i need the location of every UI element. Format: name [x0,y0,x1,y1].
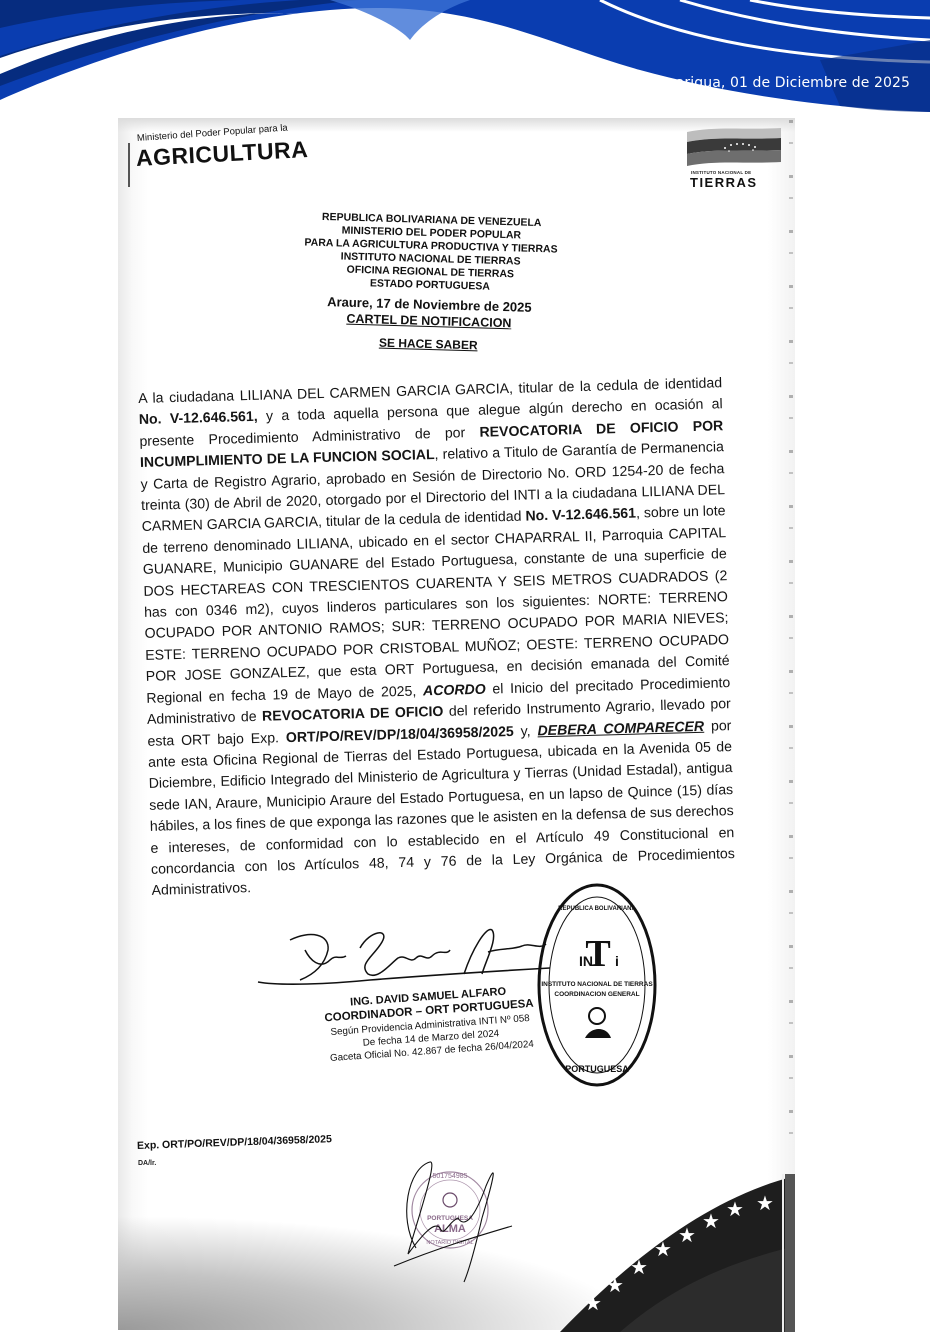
cedula-number: No. V-12.646.561, [139,408,258,427]
cedula-number: No. V-12.646.561 [525,505,636,524]
venezuela-flag-icon [685,126,783,166]
svg-text:★: ★ [756,1191,774,1215]
venezuela-flag-stars-icon: ★ ★ ★ ★ ★ ★ ★ ★ [560,1160,800,1332]
svg-text:★: ★ [606,1273,624,1297]
svg-text:★: ★ [702,1209,720,1233]
svg-text:REPUBLICA BOLIVARIANA: REPUBLICA BOLIVARIANA [558,906,636,912]
scan-edge-marks [789,120,793,1160]
svg-text:COORDINACION GENERAL: COORDINACION GENERAL [554,991,639,998]
footer-initials: DA/lr. [138,1160,156,1167]
svg-text:★: ★ [630,1255,648,1279]
logo-tierras-text: TIERRAS [690,175,758,190]
expediente-number: ORT/PO/REV/DP/18/04/36958/2025 [286,722,514,744]
svg-text:IN: IN [579,953,593,969]
letterhead-waves [0,0,930,120]
svg-text:★: ★ [726,1197,744,1221]
svg-text:i: i [615,953,619,969]
digital-notary-stamp-icon: 501754985 PORTUGUESA ALMA NOTARIO DIGITA… [378,1158,528,1283]
svg-text:★: ★ [654,1237,672,1261]
body-text: , sobre un lote de terreno denominado LI… [142,503,730,706]
svg-text:PORTUGUESA: PORTUGUESA [565,1064,629,1074]
document-heading: REPUBLICA BOLIVARIANA DE VENEZUELA MINIS… [253,209,607,357]
logo-divider [128,143,130,187]
body-text: y, [514,722,538,739]
svg-text:501754985: 501754985 [432,1173,467,1180]
svg-text:★: ★ [584,1291,602,1315]
notification-body: A la ciudadana LILIANA DEL CARMEN GARCIA… [138,372,736,901]
svg-text:INSTITUTO NACIONAL DE TIERRAS: INSTITUTO NACIONAL DE TIERRAS [541,981,653,988]
letterhead-date: Acarigua, 01 de Diciembre de 2025 [659,75,911,91]
official-seal-icon: T IN i INSTITUTO NACIONAL DE TIERRAS COO… [535,880,660,1090]
inti-tierras-logo: INSTITUTO NACIONAL DE TIERRAS [685,126,785,188]
revocatoria-emphasis: REVOCATORIA DE OFICIO [262,703,444,724]
acordo-emphasis: ACORDO [423,680,486,698]
debera-comparecer: DEBERA COMPARECER [537,717,704,738]
svg-text:★: ★ [678,1223,696,1247]
